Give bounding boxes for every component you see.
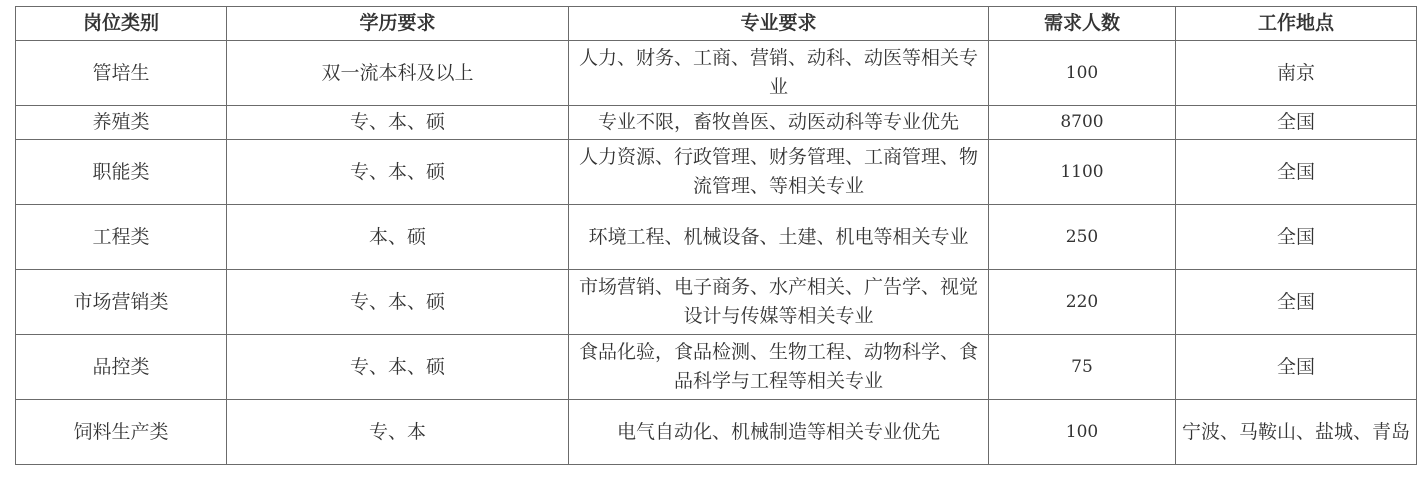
- recruitment-table: 岗位类别 学历要求 专业要求 需求人数 工作地点 管培生 双一流本科及以上 人力…: [15, 6, 1417, 465]
- cell-location: 南京: [1176, 41, 1417, 106]
- cell-location: 全国: [1176, 205, 1417, 270]
- cell-count: 75: [989, 335, 1176, 400]
- cell-education: 双一流本科及以上: [227, 41, 569, 106]
- cell-location: 全国: [1176, 140, 1417, 205]
- cell-category: 饲料生产类: [16, 400, 227, 465]
- cell-category: 管培生: [16, 41, 227, 106]
- cell-count: 1100: [989, 140, 1176, 205]
- cell-location: 全国: [1176, 270, 1417, 335]
- cell-category: 工程类: [16, 205, 227, 270]
- cell-category: 职能类: [16, 140, 227, 205]
- table-row: 管培生 双一流本科及以上 人力、财务、工商、营销、动科、动医等相关专业 100 …: [16, 41, 1417, 106]
- header-count: 需求人数: [989, 7, 1176, 41]
- table-row: 饲料生产类 专、本 电气自动化、机械制造等相关专业优先 100 宁波、马鞍山、盐…: [16, 400, 1417, 465]
- cell-major: 电气自动化、机械制造等相关专业优先: [569, 400, 989, 465]
- header-education: 学历要求: [227, 7, 569, 41]
- cell-count: 250: [989, 205, 1176, 270]
- header-major: 专业要求: [569, 7, 989, 41]
- cell-education: 专、本: [227, 400, 569, 465]
- cell-education: 专、本、硕: [227, 140, 569, 205]
- cell-location: 全国: [1176, 106, 1417, 140]
- cell-category: 品控类: [16, 335, 227, 400]
- table-header-row: 岗位类别 学历要求 专业要求 需求人数 工作地点: [16, 7, 1417, 41]
- cell-count: 100: [989, 41, 1176, 106]
- cell-major: 人力资源、行政管理、财务管理、工商管理、物流管理、等相关专业: [569, 140, 989, 205]
- header-category: 岗位类别: [16, 7, 227, 41]
- cell-major: 市场营销、电子商务、水产相关、广告学、视觉设计与传媒等相关专业: [569, 270, 989, 335]
- cell-location: 全国: [1176, 335, 1417, 400]
- cell-category: 养殖类: [16, 106, 227, 140]
- cell-education: 本、硕: [227, 205, 569, 270]
- cell-count: 100: [989, 400, 1176, 465]
- header-location: 工作地点: [1176, 7, 1417, 41]
- cell-category: 市场营销类: [16, 270, 227, 335]
- recruitment-table-container: 岗位类别 学历要求 专业要求 需求人数 工作地点 管培生 双一流本科及以上 人力…: [15, 6, 1417, 465]
- cell-location: 宁波、马鞍山、盐城、青岛: [1176, 400, 1417, 465]
- cell-count: 8700: [989, 106, 1176, 140]
- cell-major: 专业不限，畜牧兽医、动医动科等专业优先: [569, 106, 989, 140]
- cell-count: 220: [989, 270, 1176, 335]
- cell-education: 专、本、硕: [227, 106, 569, 140]
- cell-major: 环境工程、机械设备、土建、机电等相关专业: [569, 205, 989, 270]
- table-row: 养殖类 专、本、硕 专业不限，畜牧兽医、动医动科等专业优先 8700 全国: [16, 106, 1417, 140]
- table-row: 工程类 本、硕 环境工程、机械设备、土建、机电等相关专业 250 全国: [16, 205, 1417, 270]
- table-row: 市场营销类 专、本、硕 市场营销、电子商务、水产相关、广告学、视觉设计与传媒等相…: [16, 270, 1417, 335]
- table-row: 品控类 专、本、硕 食品化验，食品检测、生物工程、动物科学、食品科学与工程等相关…: [16, 335, 1417, 400]
- cell-major: 人力、财务、工商、营销、动科、动医等相关专业: [569, 41, 989, 106]
- cell-education: 专、本、硕: [227, 335, 569, 400]
- cell-education: 专、本、硕: [227, 270, 569, 335]
- cell-major: 食品化验，食品检测、生物工程、动物科学、食品科学与工程等相关专业: [569, 335, 989, 400]
- table-row: 职能类 专、本、硕 人力资源、行政管理、财务管理、工商管理、物流管理、等相关专业…: [16, 140, 1417, 205]
